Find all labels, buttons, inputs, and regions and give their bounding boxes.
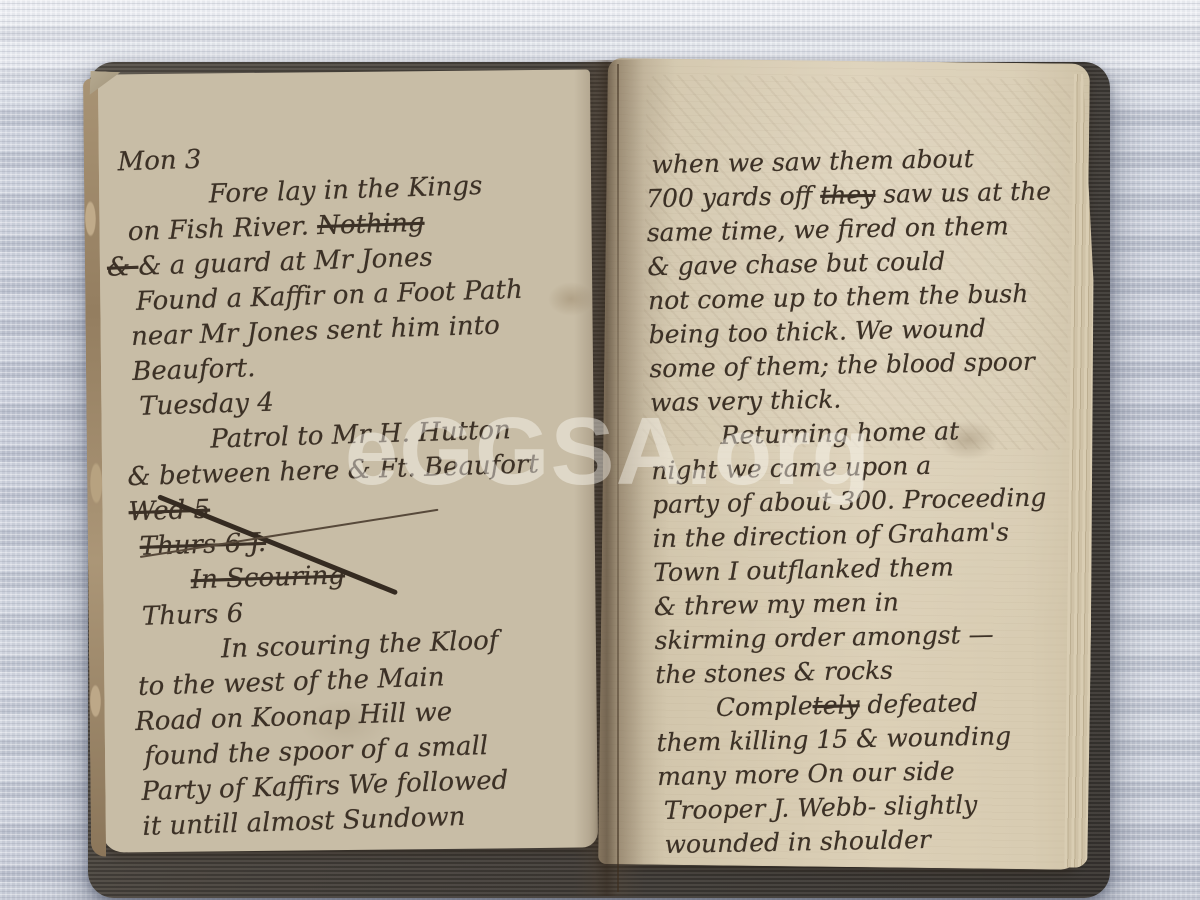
diary-text: many more On our side (657, 756, 955, 791)
diary-text: skirming order amongst — (654, 620, 993, 656)
struck-text: Nothing (317, 208, 425, 241)
diary-text: & gave chase but could (647, 247, 945, 282)
diary-text: In scouring the Kloof (221, 626, 499, 665)
diary-text: Trooper J. Webb- slightly (664, 790, 978, 825)
diary-text: wounded in shoulder (664, 825, 931, 859)
diary-text: when we saw them about (651, 144, 974, 179)
diary-text: Mon 3 (117, 145, 202, 178)
site-watermark: eGGSA.org (338, 400, 878, 510)
diary-text: & threw my men in (654, 587, 899, 621)
diary-text: not come up to them the bush (648, 279, 1029, 315)
diary-text: saw us at the (875, 176, 1051, 208)
struck-text: tely (812, 690, 860, 720)
diary-photograph: Mon 3Fore lay in the Kingson Fish River.… (0, 0, 1200, 900)
diary-text: Tuesday 4 (139, 388, 274, 422)
diary-text: it untill almost Sundown (142, 802, 466, 842)
diary-text: in the direction of Graham's (652, 517, 1009, 553)
diary-text: & a guard at Mr Jones (138, 243, 433, 282)
struck-text: they (820, 180, 876, 210)
struck-text: & (106, 252, 138, 283)
diary-text: Thurs 6 (141, 599, 243, 632)
diary-text: some of them; the blood spoor (649, 347, 1035, 383)
diary-text: Town I outflanked them (653, 552, 954, 587)
diary-text: on Fish River. (127, 211, 317, 247)
diary-text: defeated (859, 688, 978, 719)
diary-text: Fore lay in the Kings (208, 171, 483, 210)
diary-text: the stones & rocks (655, 656, 893, 690)
diary-text: them killing 15 & wounding (656, 721, 1011, 757)
diary-text: Comple (716, 691, 813, 722)
diary-text: being too thick. We wound (648, 314, 986, 349)
diary-text: same time, we fired on them (647, 211, 1009, 247)
diary-text: 700 yards off (646, 181, 821, 213)
diary-text: Beaufort. (132, 353, 256, 387)
